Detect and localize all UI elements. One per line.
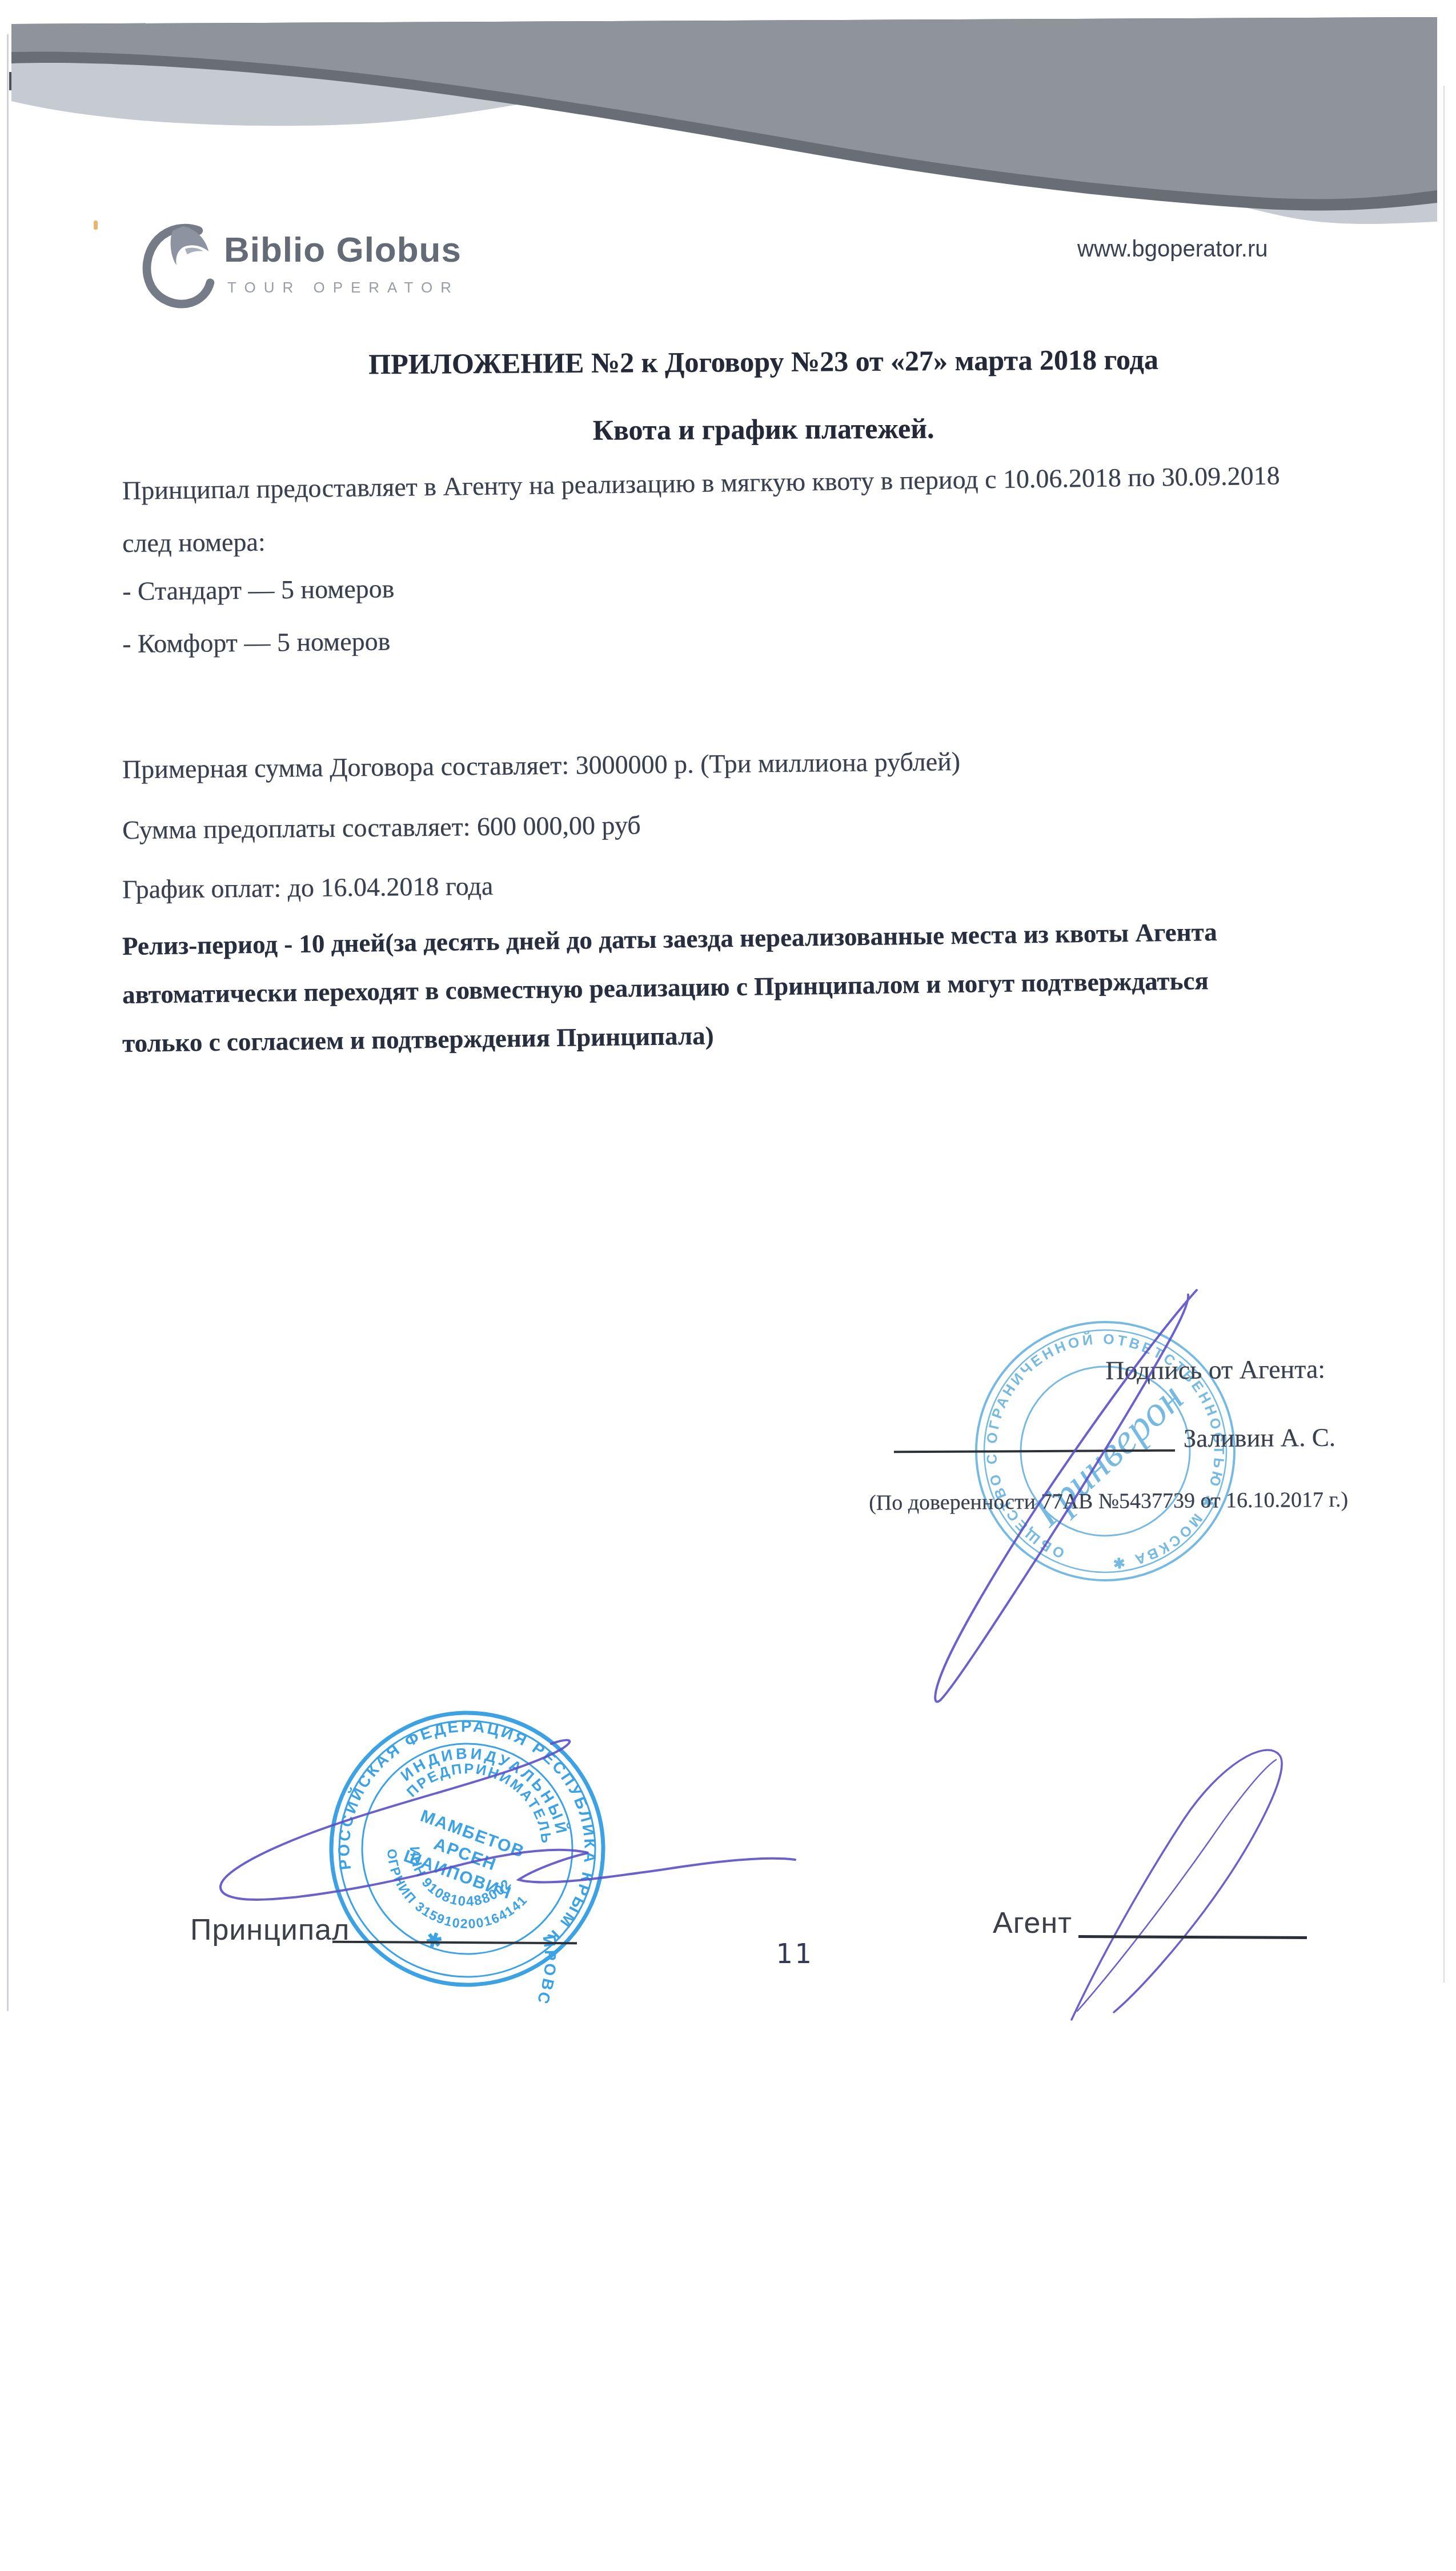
agent-signature-stroke-top <box>935 1290 1197 1702</box>
agent-signature-stroke-bottom <box>1072 1750 1282 2020</box>
pen-signatures-layer <box>0 0 1456 2571</box>
principal-label: Принципал <box>190 1913 350 1947</box>
agent-label: Агент <box>993 1906 1072 1940</box>
scanned-document-page: Biblio Globus TOUR OPERATOR www.bgoperat… <box>0 0 1456 2571</box>
page-number: 11 <box>776 1938 813 1970</box>
agent-signature-stroke-bottom-inner <box>1077 1760 1276 2011</box>
principal-signature-stroke <box>220 1740 795 1900</box>
